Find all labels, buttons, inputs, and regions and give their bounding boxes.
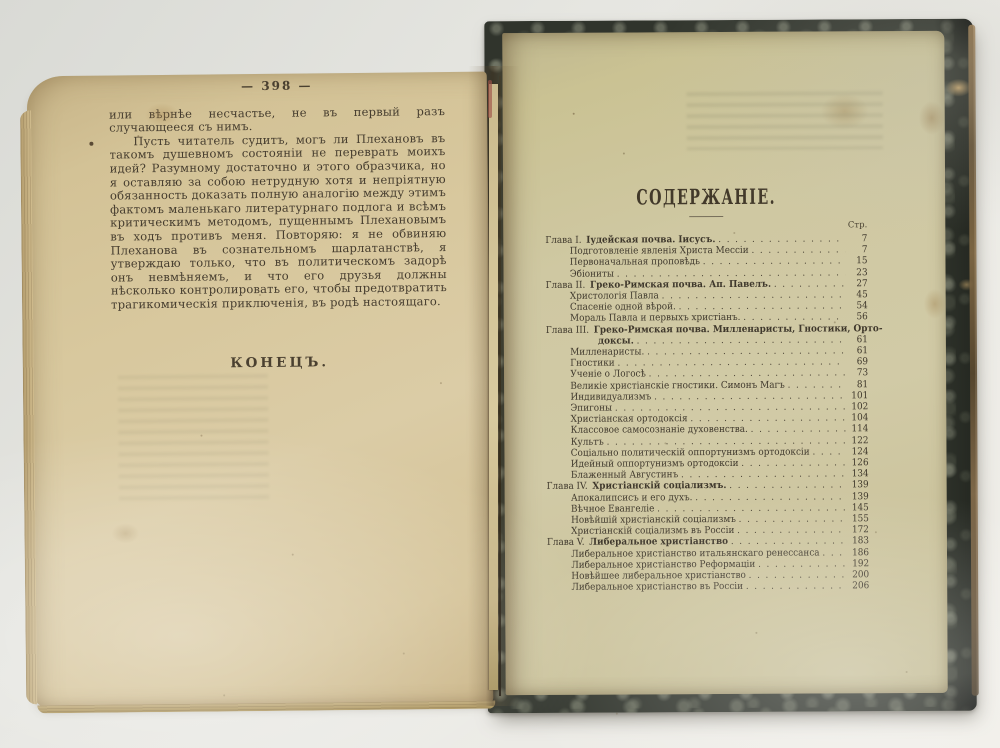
entry-label: Іудейская почва. Іисусъ. [586,234,715,246]
show-through-text [118,374,269,506]
entry-label: Греко-Римская почва. Ап. Павелъ. [590,279,771,291]
chapter-prefix: Глава V. [547,537,589,548]
entry-page-number: 104 [846,413,868,424]
dot-leader: . . . . . . . . . . . . . . . . . . . . … [810,446,847,457]
dot-leader: . . . . . . . . . . . . . . . . . . . . … [749,245,845,257]
entry-page-number: 61 [846,334,868,345]
toc-title: СОДЕРЖАНІЕ. [597,184,816,210]
toc-entry: Либеральное христіанство въ Россіи. . . … [547,581,869,594]
dot-leader: . . . . . . . . . . . . . . . . . . . . … [700,256,845,268]
entry-label: Эпигоны [570,403,612,414]
dot-leader: . . . . . . . . . . . . . . . . . . . . … [676,301,846,313]
dot-leader: . . . . . . . . . . . . . . . . . . . . … [715,233,845,245]
entry-page-number: 200 [847,569,869,580]
entry-label: Христіанскій соціализмъ. [592,480,726,492]
table-of-contents: СОДЕРЖАНІЕ. Стр. Глава I.Іудейская почва… [545,183,869,593]
page-block-fore-edge [20,110,37,704]
dot-leader: . . . . . . . . . . . . . . . . . . . . … [728,536,847,548]
right-page: СОДЕРЖАНІЕ. Стр. Глава I.Іудейская почва… [502,31,947,695]
entry-label: Спасеніе одной вѣрой. [570,301,676,313]
toc-list: Глава I.Іудейская почва. Іисусъ.. . . . … [545,233,869,593]
foxing-specks [137,135,139,137]
stain [89,142,93,146]
entry-page-number: 139 [846,491,868,502]
entry-label: Блаженный Августинъ [571,470,678,482]
entry-page-number: 102 [846,401,868,412]
the-end-label: КОНЕЦЪ. [112,355,448,372]
entry-label: Индивидуализмъ [570,391,651,403]
entry-label: Идейный оппортунизмъ ортодоксіи [571,458,739,470]
entry-page-number: 126 [846,457,868,468]
entry-label: Новѣйшій христіанскій соціализмъ [571,514,736,526]
entry-page-number: 73 [846,368,868,379]
entry-label: Ученіе о Логосѣ [570,369,646,381]
entry-label: Гностики [570,358,614,369]
entry-page-number: 139 [846,480,868,491]
entry-label: Христологія Павла [570,290,659,302]
chapter-prefix: Глава III. [546,324,594,335]
page-block-bottom-edge [37,701,495,714]
entry-label: Мораль Павла и первыхъ христіанъ. [570,312,741,324]
entry-page-number: 45 [845,289,867,300]
chapter-prefix: Глава IV. [547,481,593,492]
dot-leader: . . . . . . . . . . . . . . . . . . . . … [755,558,846,570]
entry-label: Христіанская ортодоксія [571,413,688,425]
dot-leader: . . . . . . . . . . . . . . . . . . . . … [743,581,847,593]
entry-page-number: 206 [847,581,869,592]
stain [924,289,946,319]
entry-label: Христіанскій соціализмъ въ Россіи [571,525,734,537]
entry-page-number: 114 [846,424,868,435]
body-paragraph: Пусть читатель судитъ, могъ ли Плехановъ… [109,132,447,312]
entry-page-number: 61 [846,345,868,356]
entry-page-number: 192 [847,558,869,569]
dot-leader: . . . . . . . . . . . . . . . . . . . . … [688,413,846,425]
entry-page-number: 186 [847,547,869,558]
chapter-prefix: Глава I. [545,235,586,246]
dot-leader: . . . . . . . . . . . . . . . . . . . . … [736,513,847,525]
entry-page-number: 7 [845,233,867,244]
entry-page-number: 145 [846,502,868,513]
left-page-text: — 398 — или вѣрнѣе несчастье, не въ перв… [109,78,448,372]
entry-page-number: 155 [846,513,868,524]
dot-leader: . . . . . . . . . . . . . . . . . . . . … [738,457,846,469]
entry-page-number: 23 [845,267,867,278]
entry-label: Классовое самосознаніе духовенства. [571,424,748,436]
dot-leader: . . . . . . . . . . . . . . . . . . . . … [726,480,846,492]
dot-leader: . . . . . . . . . . . . . . . . . . . . … [771,278,845,290]
dot-leader: . . . . . . . . . . . . . . . . . . . . … [740,312,845,324]
title-rule [689,216,723,217]
dot-leader: . . . . . . . . . . . . . . . . . . . . … [748,424,846,436]
entry-page-number: 122 [846,435,868,446]
entry-label: Милленаристы. [570,346,644,358]
entry-page-number: 56 [845,312,867,323]
entry-label: Либеральное христіанство Реформаціи [571,559,755,571]
page-number: — 398 — [109,78,445,95]
cover-wear-patch [959,279,975,291]
entry-label: Вѣчное Евангеліе [571,503,654,515]
entry-page-number: 69 [846,356,868,367]
foxing-specks [573,113,575,115]
entry-page-number: 183 [847,536,869,547]
entry-page-number: 101 [846,390,868,401]
entry-page-number: 124 [846,446,868,457]
entry-label: Новѣйшее либеральное христіанство [571,570,746,582]
entry-page-number: 81 [846,379,868,390]
entry-page-number: 7 [845,244,867,255]
dot-leader: . . . . . . . . . . . . . . . . . . . . … [785,379,846,391]
show-through-text [687,91,883,150]
entry-page-number: 172 [847,525,869,536]
book-photo: — 398 — или вѣрнѣе несчастье, не въ перв… [0,0,1000,748]
entry-page-number: 15 [845,256,867,267]
stain [821,93,869,129]
entry-page-number: 54 [845,300,867,311]
dot-leader: . . . . . . . . . . . . . . . . . . . . … [820,547,847,558]
dot-leader: . . . . . . . . . . . . . . . . . . . . … [734,525,846,537]
left-page: — 398 — или вѣрнѣе несчастье, не въ перв… [27,72,494,709]
dot-leader: . . . . . . . . . . . . . . . . . . . . … [678,469,846,481]
spine-lining-sliver [488,80,492,118]
page-column-header: Стр. [545,220,867,232]
entry-label: Первоначальная проповѣдь [570,257,700,269]
entry-label: Либеральное христіанство [589,536,728,548]
entry-label: Апокалипсисъ и его духъ. [571,492,693,504]
entry-page-number: 27 [845,278,867,289]
stain [111,523,139,543]
cover-wear-patch [945,79,971,97]
entry-label: Либеральное христіанство въ Россіи [571,581,743,593]
entry-label: Подготовленіе явленія Христа Мессіи [570,245,749,257]
entry-label: Эбіониты [570,268,614,279]
entry-label: доксы. [598,335,634,346]
entry-label: Культъ [571,436,604,447]
chapter-prefix: Глава II. [546,280,590,291]
dot-leader: . . . . . . . . . . . . . . . . . . . . … [746,569,847,581]
entry-page-number: 134 [846,469,868,480]
dot-leader: . . . . . . . . . . . . . . . . . . . . … [692,491,846,503]
stain [919,101,945,135]
